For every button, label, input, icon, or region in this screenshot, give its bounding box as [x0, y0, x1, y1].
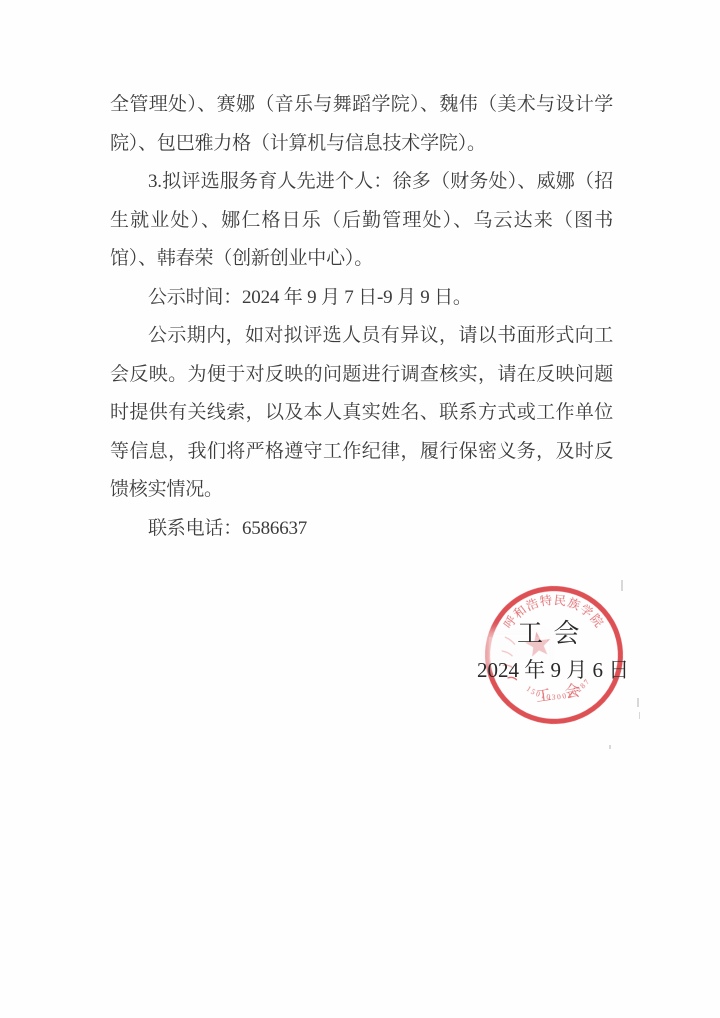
scan-artifact [637, 698, 639, 707]
signature-org: 工 会 [517, 613, 582, 650]
signature-date: 2024 年 9 月 6 日 [477, 654, 629, 684]
scan-artifact [609, 745, 611, 749]
paragraph-objection-instructions: 公示期内，如对拟评选人员有异议，请以书面形式向工会反映。为便于对反映的问题进行调… [110, 317, 613, 510]
scan-artifact [621, 580, 623, 591]
paragraph-list-item-3: 3.拟评选服务育人先进个人：徐多（财务处）、威娜（招生就业处）、娜仁格日乐（后勤… [110, 163, 613, 279]
paragraph-contact-phone: 联系电话：6586637 [110, 510, 613, 549]
scan-artifact [639, 712, 640, 719]
document-page: 全管理处）、赛娜（音乐与舞蹈学院）、魏伟（美术与设计学院）、包巴雅力格（计算机与… [0, 0, 720, 1018]
paragraph-continuation: 全管理处）、赛娜（音乐与舞蹈学院）、魏伟（美术与设计学院）、包巴雅力格（计算机与… [110, 86, 613, 163]
document-body: 全管理处）、赛娜（音乐与舞蹈学院）、魏伟（美术与设计学院）、包巴雅力格（计算机与… [110, 86, 613, 548]
paragraph-notice-period: 公示时间：2024 年 9 月 7 日-9 月 9 日。 [110, 279, 613, 318]
